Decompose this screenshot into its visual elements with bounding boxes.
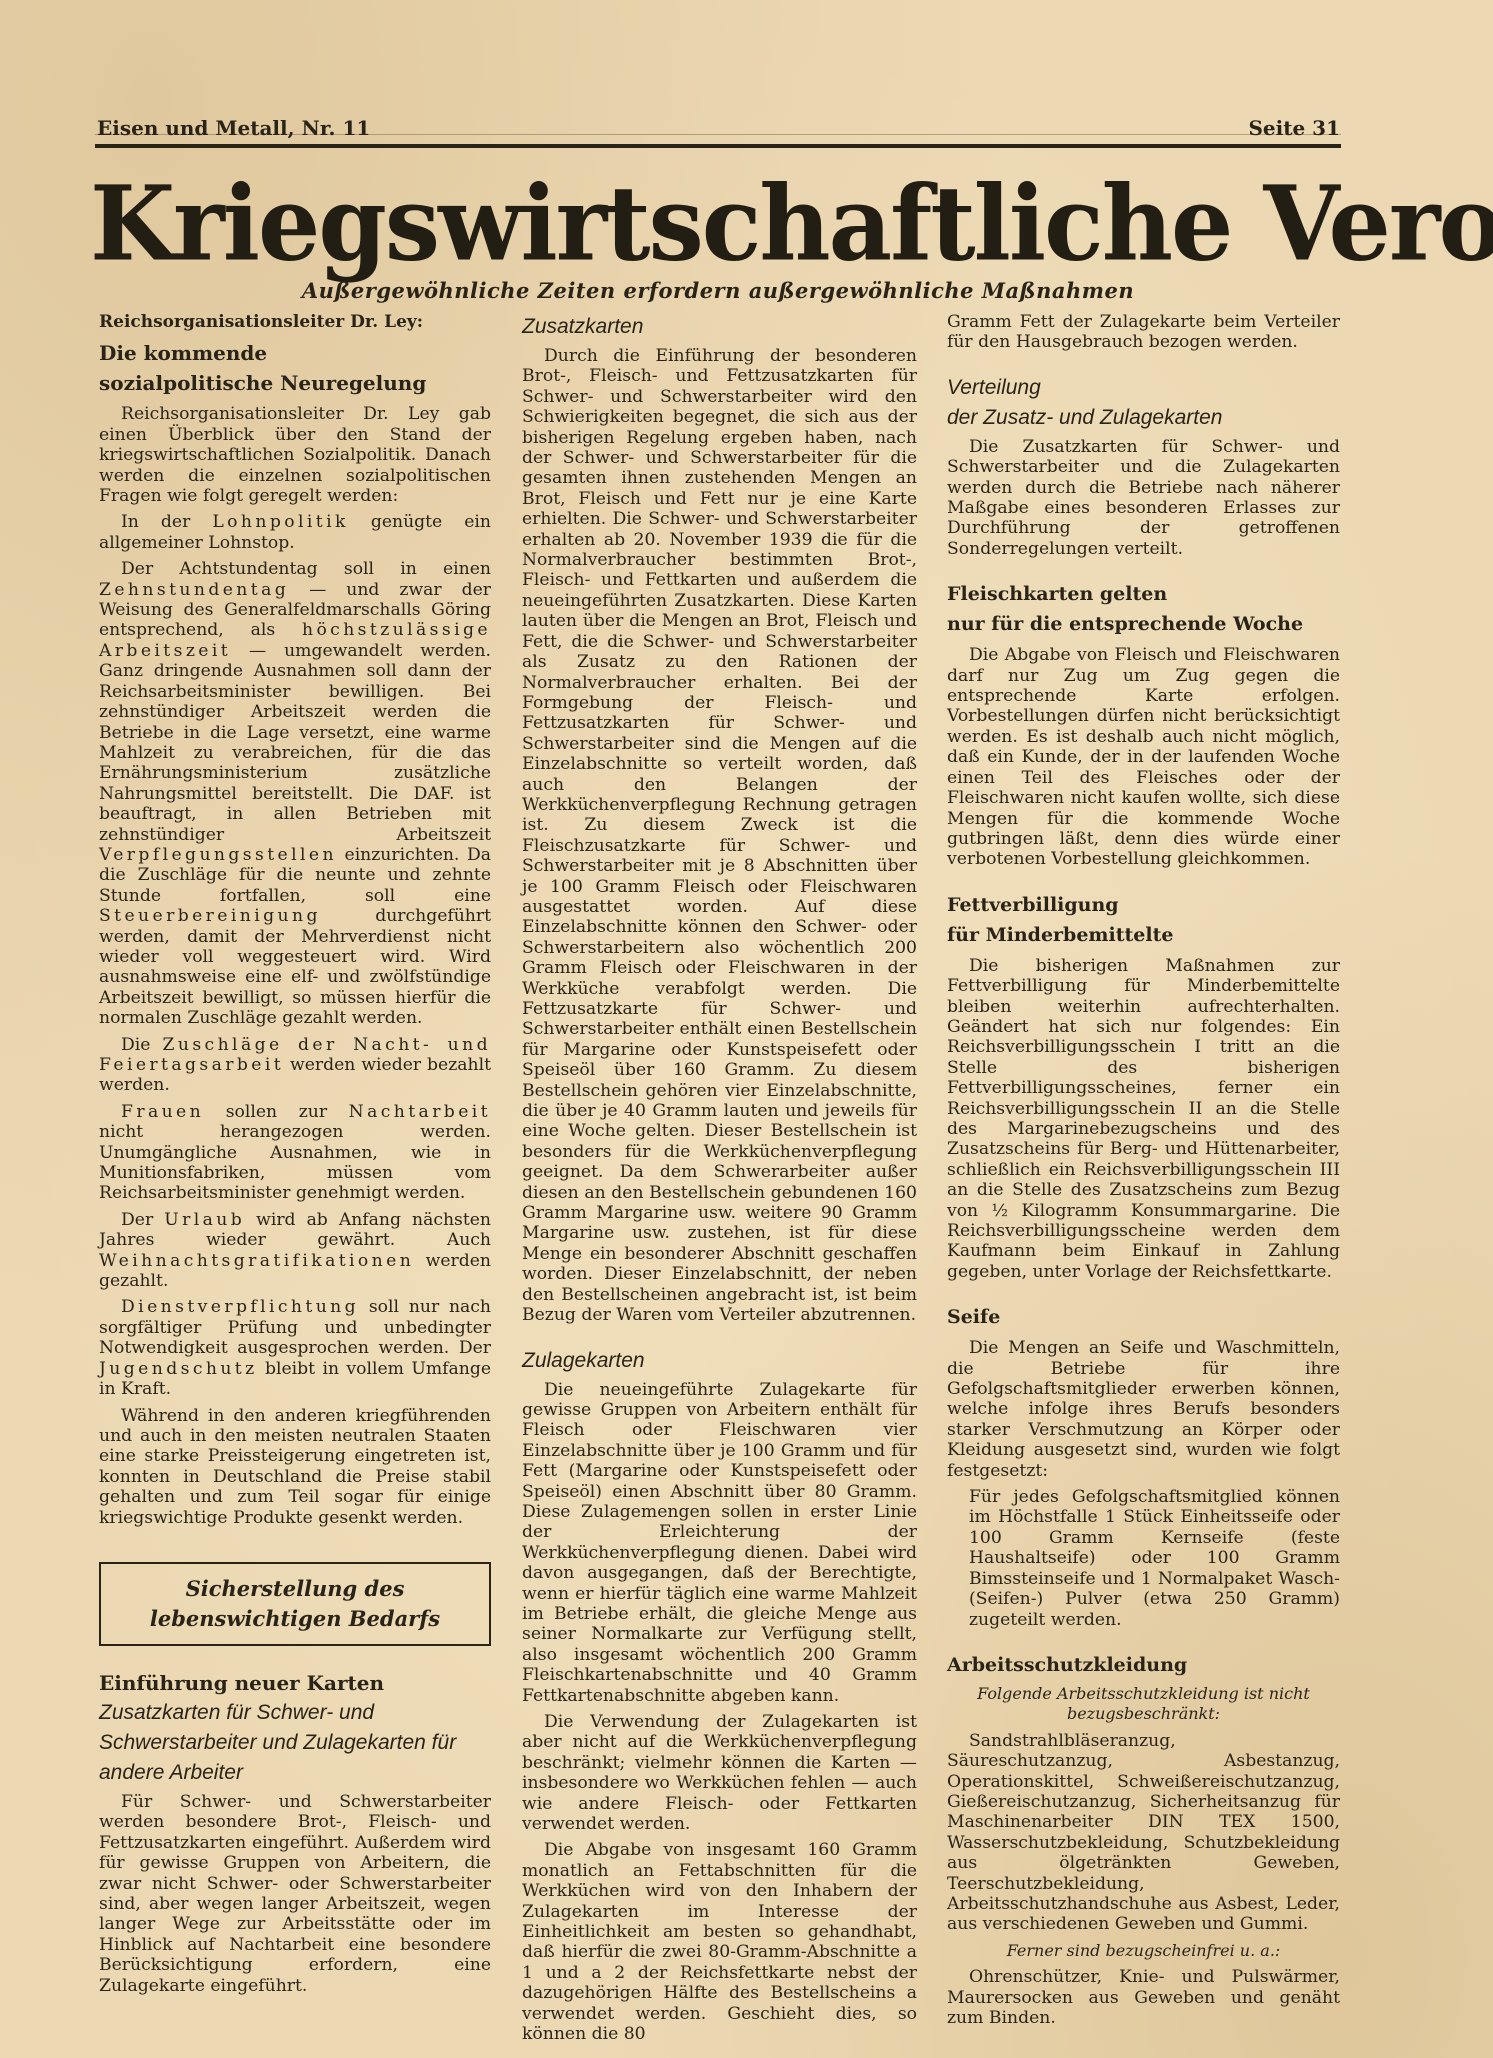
running-head: Eisen und Metall, Nr. 11 Seite 31 — [97, 112, 1340, 140]
paragraph: In der Lohnpolitik genügte ein allgemein… — [99, 512, 491, 553]
heading-fettverbilligung-2: für Minderbemittelte — [947, 920, 1340, 950]
paragraph: Der Urlaub wird ab Anfang nächsten Jahre… — [99, 1210, 491, 1292]
article-kicker: Reichsorganisationsleiter Dr. Ley: — [99, 312, 491, 332]
paragraph: Die bisherigen Maßnahmen zur Fettverbill… — [947, 956, 1340, 1283]
paragraph: Die Mengen an Seife und Waschmitteln, di… — [947, 1338, 1340, 1481]
paragraph: Die neueingeführte Zulagekarte für gewis… — [522, 1380, 917, 1707]
lead-text: Folgende Arbeitsschutzkleidung ist nicht… — [947, 1684, 1340, 1725]
paragraph: Dienstverpflichtung soll nur nach sorgfä… — [99, 1297, 491, 1399]
paragraph: Für Schwer- und Schwerstarbeiter werden … — [99, 1792, 491, 1996]
paragraph: Die Zusatzkarten für Schwer- und Schwers… — [947, 437, 1340, 559]
heading-fleischkarten-1: Fleischkarten gelten — [947, 579, 1340, 609]
heading-seife: Seife — [947, 1302, 1340, 1332]
paragraph: Die Abgabe von insgesamt 160 Gramm monat… — [522, 1840, 917, 2044]
thin-rule — [95, 134, 1341, 135]
paragraph: Der Achtstundentag soll in einen Zehnstu… — [99, 559, 491, 1028]
section-box: Sicherstellung des lebenswichtigen Bedar… — [99, 1562, 491, 1646]
heading-verteilung-1: Verteilung — [947, 373, 1340, 403]
heading-arbeitsschutzkleidung: Arbeitsschutzkleidung — [947, 1650, 1340, 1680]
headline: Kriegswirtschaftliche Verordnungen — [90, 167, 1346, 283]
paragraph: Ohrenschützer, Knie- und Pulswärmer, Mau… — [947, 1967, 1340, 2028]
heading-verteilung-2: der Zusatz- und Zulagekarten — [947, 403, 1340, 433]
subheadline: Außergewöhnliche Zeiten erfordern außerg… — [90, 278, 1346, 303]
column-right: Gramm Fett der Zulagekarte beim Verteile… — [947, 312, 1340, 2034]
article-title-line1: Die kommende — [99, 338, 491, 368]
heading-zulagekarten: Zulagekarten — [522, 1346, 917, 1376]
heading-fleischkarten-2: nur für die entsprechende Woche — [947, 609, 1340, 639]
paragraph: Die Zuschläge der Nacht- und Feiertagsar… — [99, 1035, 491, 1096]
lead-text: Ferner sind bezugscheinfrei u. a.: — [947, 1941, 1340, 1961]
publication-name: Eisen und Metall, Nr. 11 — [97, 116, 370, 140]
paragraph: Die Abgabe von Fleisch und Fleischwaren … — [947, 645, 1340, 869]
paragraph: Gramm Fett der Zulagekarte beim Verteile… — [947, 312, 1340, 353]
heading-zusatzkarten: Zusatzkarten — [522, 312, 917, 342]
paragraph: Während in den anderen kriegführenden un… — [99, 1406, 491, 1528]
heading-fettverbilligung-1: Fettverbilligung — [947, 890, 1340, 920]
box-line1: Sicherstellung des — [107, 1574, 483, 1604]
paragraph: Die Verwendung der Zulagekarten ist aber… — [522, 1712, 917, 1834]
section-subtitle: Zusatzkarten für Schwer- und Schwerstarb… — [99, 1698, 491, 1788]
paragraph: Frauen sollen zur Nachtarbeit nicht hera… — [99, 1102, 491, 1204]
newspaper-page: Eisen und Metall, Nr. 11 Seite 31 Kriegs… — [0, 0, 1493, 2058]
paragraph: Reichsorganisationsleiter Dr. Ley gab ei… — [99, 404, 491, 506]
section-title: Einführung neuer Karten — [99, 1668, 491, 1698]
paragraph: Durch die Einführung der besonderen Brot… — [522, 346, 917, 1326]
page-number: Seite 31 — [1248, 116, 1340, 140]
box-line2: lebenswichtigen Bedarfs — [107, 1604, 483, 1634]
article-title-line2: sozialpolitische Neuregelung — [99, 368, 491, 398]
paragraph: Sandstrahlbläseranzug, Säureschutzanzug,… — [947, 1731, 1340, 1935]
column-middle: Zusatzkarten Durch die Einführung der be… — [522, 312, 917, 2051]
paragraph: Für jedes Gefolgschaftsmitglied können i… — [969, 1487, 1340, 1630]
column-left: Reichsorganisationsleiter Dr. Ley: Die k… — [99, 312, 491, 2002]
header-rule — [95, 144, 1341, 148]
